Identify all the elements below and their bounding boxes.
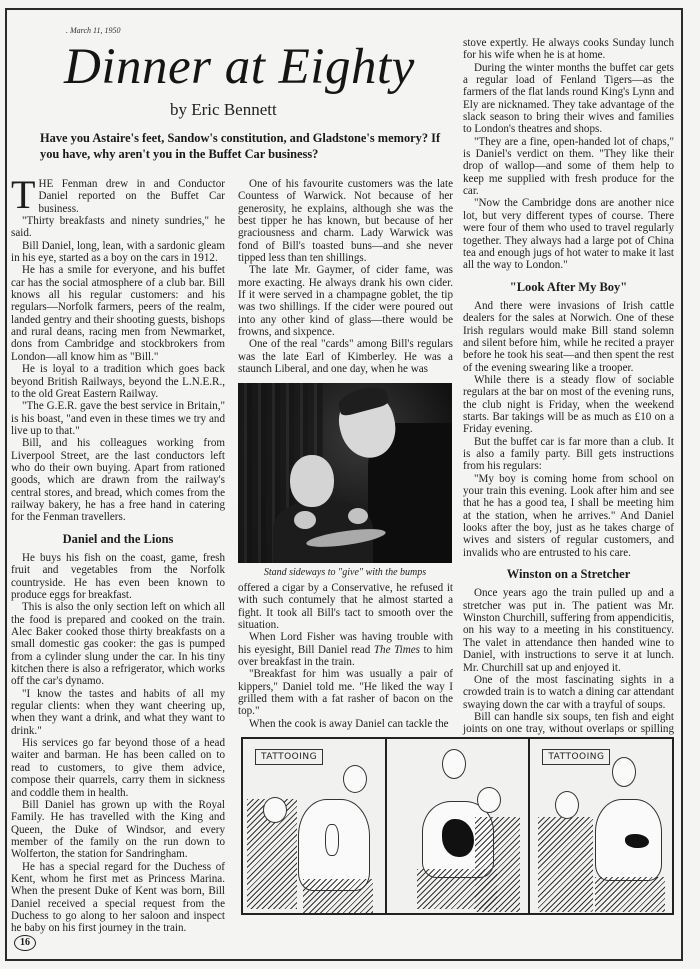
byline: by Eric Bennett (170, 100, 277, 120)
paragraph: "Thirty breakfasts and ninety sundries,"… (11, 215, 225, 240)
paragraph: This is also the only section left on wh… (11, 601, 225, 687)
drop-cap: T (11, 180, 35, 210)
dateline: . March 11, 1950 (66, 26, 120, 35)
photo-waiter-and-diner (238, 383, 452, 563)
paragraph: When Lord Fisher was having trouble with… (238, 631, 453, 668)
paragraph: He is loyal to a tradition which goes ba… (11, 363, 225, 400)
paragraph: THE Fenman drew in and Conductor Daniel … (11, 178, 225, 215)
paragraph: When the cook is away Daniel can tackle … (238, 718, 453, 730)
paragraph: "The G.E.R. gave the best service in Bri… (11, 400, 225, 437)
column-2-top: One of his favourite customers was the l… (238, 178, 453, 376)
paragraph: One of the real "cards" among Bill's reg… (238, 338, 453, 375)
paragraph: stove expertly. He always cooks Sunday l… (463, 37, 674, 62)
paragraph: Bill Daniel has grown up with the Royal … (11, 799, 225, 861)
paragraph: "My boy is coming home from school on yo… (463, 473, 674, 559)
paragraph: Bill, and his colleagues working from Li… (11, 437, 225, 523)
paragraph: While there is a steady flow of sociable… (463, 374, 674, 436)
tattooing-sign: TATTOOING (255, 749, 323, 765)
artist-figure (475, 817, 520, 912)
paragraph: The late Mr. Gaymer, of cider fame, was … (238, 264, 453, 338)
cartoon-panel-2 (387, 739, 531, 913)
artist-head (477, 787, 501, 813)
trousers (595, 877, 665, 912)
trousers (303, 879, 373, 913)
cartoon-panel-1: TATTOOING (243, 739, 387, 913)
paragraph: "They are a fine, open-handed lot of cha… (463, 136, 674, 198)
cartoon-panel-3: TATTOOING (530, 739, 672, 913)
blot-tattoo (625, 834, 649, 848)
paragraph: He has a smile for everyone, and his buf… (11, 264, 225, 363)
section-heading: Winston on a Stretcher (463, 568, 674, 580)
artist-head (555, 791, 579, 819)
photo-caption: Stand sideways to "give" with the bumps (238, 567, 452, 578)
paragraph: "Now the Cambridge dons are another nice… (463, 197, 674, 271)
column-2-bottom: offered a cigar by a Conservative, he re… (238, 582, 453, 730)
baby-tattoo (325, 824, 339, 856)
artist-figure (538, 817, 593, 912)
paragraph: "I know the tastes and habits of all my … (11, 688, 225, 737)
paragraph: He buys his fish on the coast, game, fre… (11, 552, 225, 601)
cartoon-strip: TATTOOING TATTOOING (241, 737, 674, 915)
article-title: Dinner at Eighty (64, 38, 415, 96)
paragraph: His services go far beyond those of a he… (11, 737, 225, 799)
article-deck: Have you Astaire's feet, Sandow's consti… (40, 130, 460, 162)
paragraph: One of the most fascinating sights in a … (463, 674, 674, 711)
section-heading: Daniel and the Lions (11, 533, 225, 545)
page-number: 16 (14, 935, 36, 951)
paragraph: Bill Daniel, long, lean, with a sardonic… (11, 240, 225, 265)
diner-hand (294, 511, 316, 529)
customer-head (343, 765, 367, 793)
paragraph: Once years ago the train pulled up and a… (463, 587, 674, 673)
customer-head (442, 749, 466, 779)
dragon-tattoo (442, 819, 474, 857)
paragraph: offered a cigar by a Conservative, he re… (238, 582, 453, 631)
artist-head (263, 797, 287, 823)
paragraph: During the winter months the buffet car … (463, 62, 674, 136)
tattooing-sign: TATTOOING (542, 749, 610, 765)
paragraph: But the buffet car is far more than a cl… (463, 436, 674, 473)
column-3: stove expertly. He always cooks Sunday l… (463, 37, 674, 748)
column-1: THE Fenman drew in and Conductor Daniel … (11, 178, 225, 935)
paragraph: And there were invasions of Irish cattle… (463, 300, 674, 374)
paragraph: He has a special regard for the Duchess … (11, 861, 225, 935)
paragraph: "Breakfast for him was usually a pair of… (238, 668, 453, 717)
paragraph: One of his favourite customers was the l… (238, 178, 453, 264)
diner-hand (348, 508, 368, 524)
customer-head (612, 757, 636, 787)
diner-head (290, 455, 334, 507)
section-heading: "Look After My Boy" (463, 281, 674, 293)
magazine-page: . March 11, 1950 Dinner at Eighty by Eri… (0, 0, 700, 969)
